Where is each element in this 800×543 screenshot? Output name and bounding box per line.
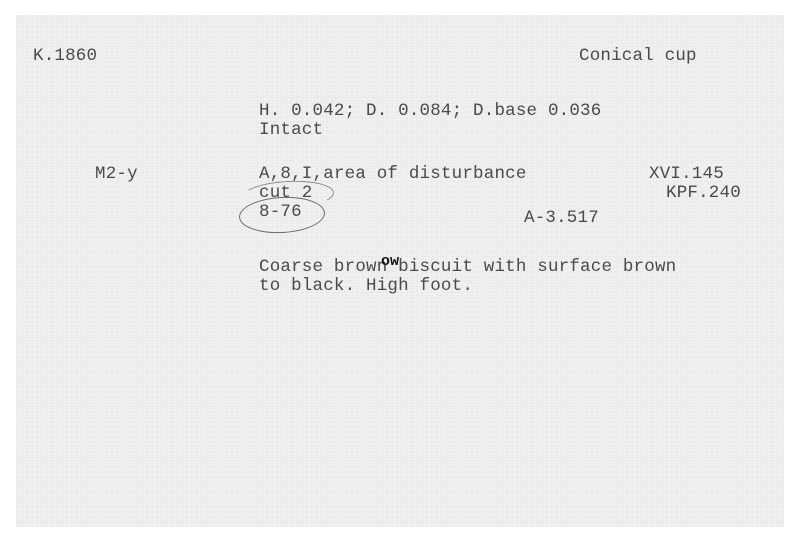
description-line-1: Coarse brown biscuit with surface brown [259,258,676,277]
reference-2: KPF.240 [666,184,741,203]
description-line-2: to black. High foot. [259,277,473,296]
object-type: Conical cup [579,47,697,66]
inventory-number: A-3.517 [524,209,599,228]
reference-1: XVI.145 [649,165,724,184]
catalog-card: K.1860 Conical cup H. 0.042; D. 0.084; D… [16,15,784,527]
overstrike-mark: ow [381,253,399,270]
condition: Intact [259,121,323,140]
site-code: M2-y [95,165,138,184]
catalog-number: K.1860 [33,47,97,66]
dimensions: H. 0.042; D. 0.084; D.base 0.036 [259,102,601,121]
